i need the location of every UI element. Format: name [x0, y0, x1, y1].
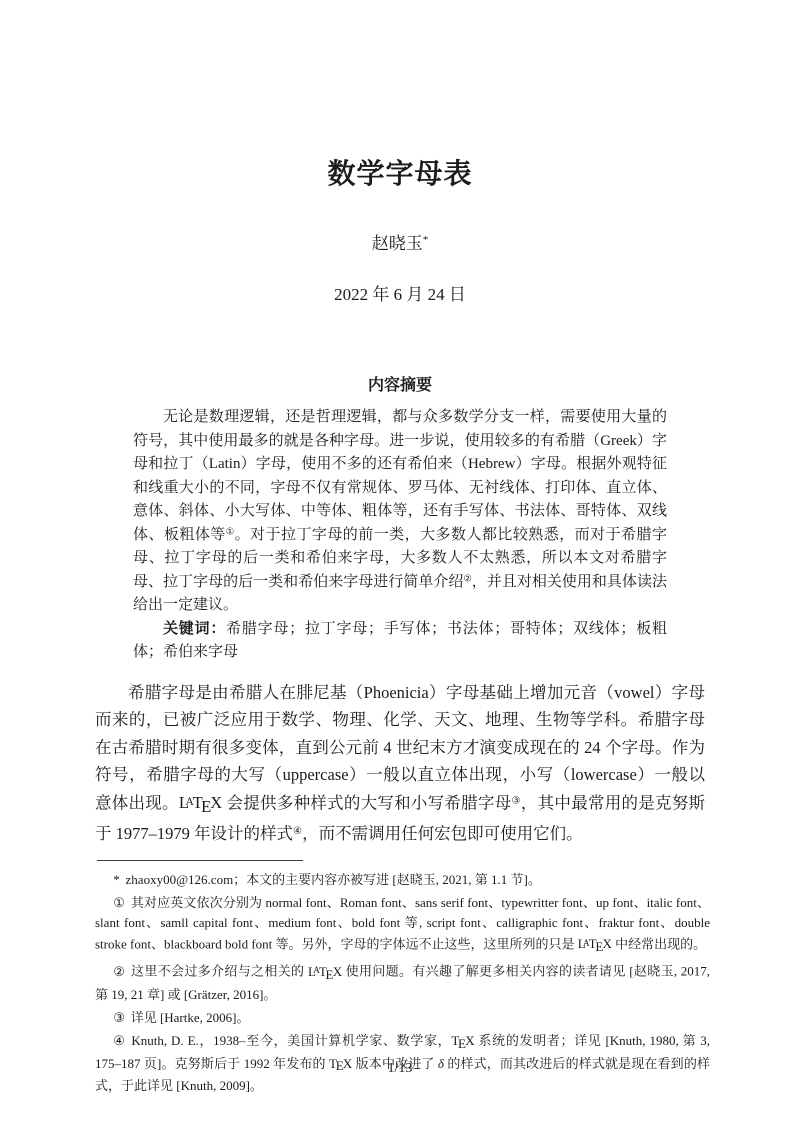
tex-logo: TEX: [451, 1033, 474, 1048]
keywords-label: 关键词：: [163, 621, 226, 637]
footnote-item: ②这里不会过多介绍与之相关的 LATEX 使用问题。有兴趣了解更多相关内容的读者…: [95, 960, 710, 1005]
page-title: 数学字母表: [0, 0, 800, 192]
footnote-ref[interactable]: ②: [463, 574, 471, 584]
abstract-section: 内容摘要 无论是数理逻辑，还是哲理逻辑，都与众多数学分支一样，需要使用大量的符号…: [0, 375, 800, 665]
footnote-text: 详见 [Hartke, 2006]。: [131, 1010, 250, 1025]
footnote-marker: ②: [113, 964, 125, 979]
abstract-heading: 内容摘要: [0, 375, 800, 396]
footnote-ref[interactable]: ①: [226, 527, 235, 537]
footnote-ref[interactable]: ③: [511, 795, 520, 806]
abstract-block: 无论是数理逻辑，还是哲理逻辑，都与众多数学分支一样，需要使用大量的符号，其中使用…: [133, 406, 667, 665]
footnote-marker: ①: [113, 895, 125, 910]
abstract-paragraph: 无论是数理逻辑，还是哲理逻辑，都与众多数学分支一样，需要使用大量的符号，其中使用…: [133, 406, 667, 618]
footnote-item: ①其对应英文依次分别为 normal font、Roman font、sans …: [95, 893, 710, 958]
latex-logo: LATEX: [179, 793, 222, 812]
footnote-marker: ④: [113, 1033, 125, 1048]
date: 2022 年 6 月 24 日: [0, 284, 800, 306]
page-number: 1/13: [0, 1061, 800, 1077]
keywords-paragraph: 关键词：希腊字母；拉丁字母；手写体；书法体；哥特体；双线体；板粗体；希伯来字母: [133, 618, 667, 665]
author-name: 赵晓玉: [372, 234, 423, 253]
footnote-marker: *: [113, 872, 120, 887]
footnote-item: ③详见 [Hartke, 2006]。: [95, 1008, 710, 1028]
footnote-ref[interactable]: ④: [293, 826, 302, 837]
body-paragraph: 希腊字母是由希腊人在腓尼基（Phoenicia）字母基础上增加元音（vowel）…: [95, 679, 705, 848]
footnote-item: *zhaoxy00@126.com；本文的主要内容亦被写进 [赵晓玉, 2021…: [95, 870, 710, 890]
footnote-text: 其对应英文依次分别为 normal font、Roman font、sans s…: [95, 895, 710, 952]
footnote-text: zhaoxy00@126.com；本文的主要内容亦被写进 [赵晓玉, 2021,…: [126, 872, 541, 887]
latex-logo: LATEX: [308, 964, 342, 979]
author-line: 赵晓玉*: [0, 229, 800, 255]
footnote-separator-rule: [97, 860, 303, 861]
document-page: 数学字母表 赵晓玉* 2022 年 6 月 24 日 内容摘要 无论是数理逻辑，…: [0, 0, 800, 1124]
author-footnote-mark[interactable]: *: [423, 234, 429, 246]
footnote-text: 这里不会过多介绍与之相关的 LATEX 使用问题。有兴趣了解更多相关内容的读者请…: [95, 964, 710, 1002]
footnote-marker: ③: [113, 1010, 125, 1025]
latex-logo: LATEX: [578, 936, 612, 951]
